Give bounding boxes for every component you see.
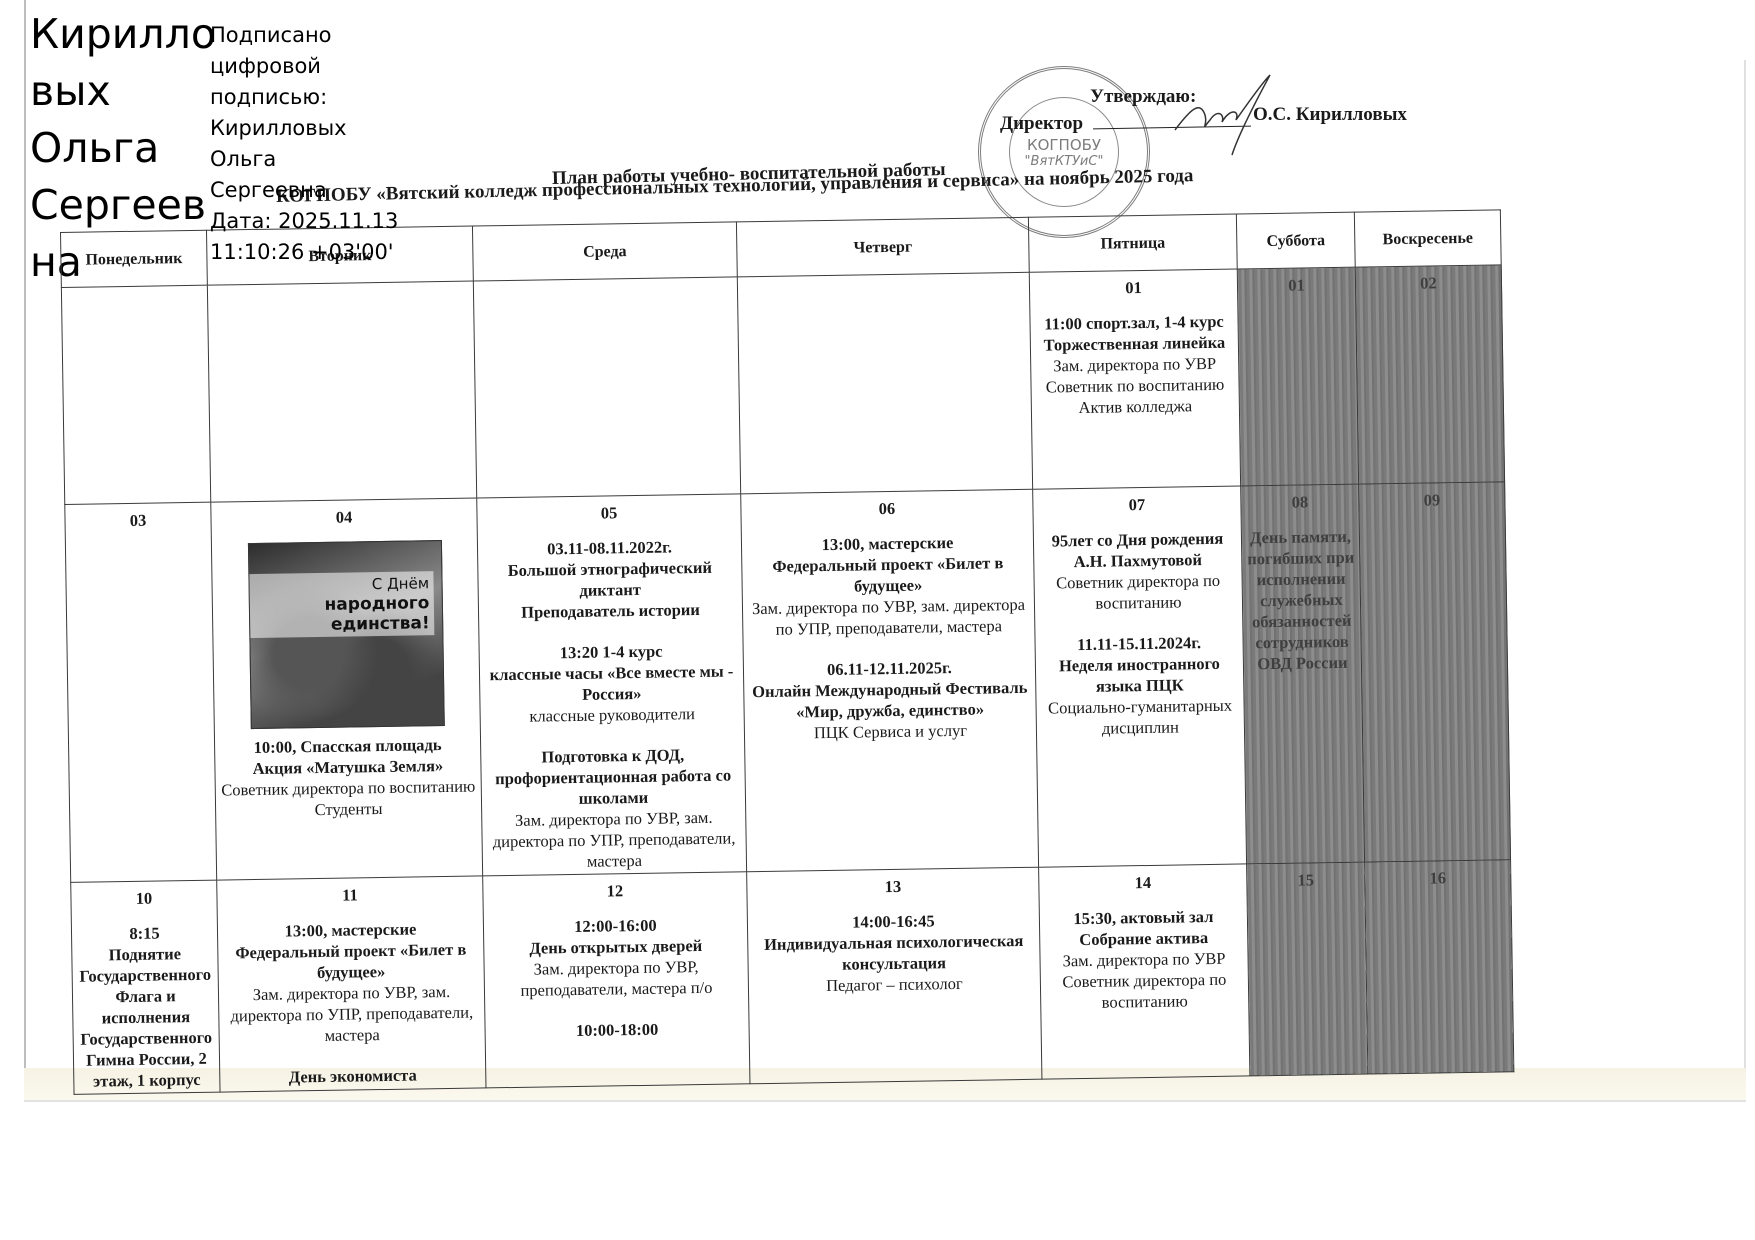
- holiday-greeting-image: С Днёмнародного единства!: [247, 540, 444, 729]
- director-name: О.С. Кирилловых: [1253, 104, 1407, 126]
- calendar-day-cell: [61, 285, 210, 504]
- signature-name-line: Кирилло: [30, 6, 210, 63]
- event-responsible: Советник директора по воспитанию Студент…: [220, 776, 478, 822]
- signature-detail-line: Подписано: [210, 20, 410, 51]
- calendar-table: ПонедельникВторникСредаЧетвергПятницаСуб…: [60, 209, 1514, 1095]
- weekday-header: Понедельник: [61, 230, 208, 287]
- holiday-caption-line: С Днём: [253, 573, 429, 596]
- event-title: классные часы «Все вместе мы - Россия»: [484, 660, 740, 706]
- calendar-day-cell: 0503.11-08.11.2022г.Большой этнографичес…: [477, 494, 747, 876]
- event-title: Федеральный проект «Билет в будущее»: [746, 552, 1030, 598]
- day-number: 01: [1242, 274, 1351, 297]
- calendar-event: 03.11-08.11.2022г.Большой этнографически…: [482, 535, 738, 623]
- holiday-caption-line: народного единства!: [253, 593, 430, 636]
- event-responsible: Зам. директора по УВР Советник директора…: [1044, 948, 1244, 1014]
- weekday-header: Среда: [472, 222, 737, 281]
- signature-details: Подписано цифровой подписью: Кирилловых …: [210, 20, 410, 268]
- calendar-event: 10:00, Спасская площадьАкция «Матушка Зе…: [219, 734, 477, 822]
- signature-detail-line: подписью:: [210, 82, 410, 113]
- day-number: 02: [1360, 271, 1497, 294]
- calendar-weeks: 0111:00 спорт.зал, 1-4 курсТоржественная…: [61, 265, 1513, 1095]
- event-responsible: ПЦК Сервиса и услуг: [749, 719, 1032, 744]
- day-number: 01: [1034, 276, 1233, 300]
- event-title: Неделя иностранного языка ПЦК: [1040, 653, 1240, 698]
- calendar-day-cell: 02: [1355, 265, 1504, 484]
- signature-detail-line: цифровой: [210, 51, 410, 82]
- day-number: 07: [1037, 493, 1236, 517]
- calendar-week-row: 0304С Днёмнародного единства!10:00, Спас…: [65, 482, 1511, 883]
- calendar-day-cell: 1212:00-16:00День открытых дверейЗам. ди…: [483, 872, 750, 1088]
- calendar-day-cell: [473, 277, 740, 498]
- event-title: Онлайн Международный Фестиваль «Мир, дру…: [748, 677, 1032, 723]
- event-time: 10:00-18:00: [489, 1017, 744, 1042]
- event-time: 8:15: [76, 922, 213, 945]
- calendar-day-cell: 0613:00, мастерскиеФедеральный проект «Б…: [741, 489, 1039, 872]
- calendar-event: 95лет со Дня рождения А.Н. ПахмутовойСов…: [1038, 528, 1238, 615]
- signature-detail-line: Кирилловых: [210, 113, 410, 144]
- weekday-header: Пятница: [1028, 214, 1237, 272]
- holiday-image-caption: С Днёмнародного единства!: [249, 571, 434, 638]
- director-position: Директор: [1000, 113, 1083, 135]
- event-title: 95лет со Дня рождения А.Н. Пахмутовой: [1038, 528, 1238, 573]
- calendar-day-cell: 1113:00, мастерскиеФедеральный проект «Б…: [217, 876, 486, 1092]
- calendar-day-cell: [207, 281, 476, 502]
- day-number: 14: [1043, 871, 1242, 895]
- monthly-plan-calendar: ПонедельникВторникСредаЧетвергПятницаСуб…: [60, 209, 1513, 1062]
- day-number: 05: [481, 500, 736, 525]
- event-title: День памяти, погибших при исполнении слу…: [1246, 526, 1357, 675]
- calendar-event: 15:30, актовый залСобрание активаЗам. ди…: [1044, 906, 1245, 1014]
- calendar-event: 13:00, мастерскиеФедеральный проект «Бил…: [222, 918, 481, 1048]
- day-number: 12: [487, 878, 742, 903]
- calendar-day-cell: 108:15Поднятие Государственного Флага и …: [71, 880, 220, 1094]
- day-number: 04: [215, 505, 472, 530]
- calendar-event: 11:00 спорт.зал, 1-4 курсТоржественная л…: [1034, 311, 1235, 419]
- day-number: 08: [1245, 491, 1354, 514]
- calendar-event: Подготовка к ДОД, профориентационная раб…: [485, 723, 742, 873]
- calendar-event: День экономиста: [224, 1043, 482, 1088]
- stamp-org-abbr: "ВятКТУиС": [1025, 154, 1104, 169]
- event-responsible: Зам. директора по УВР, зам. директора по…: [486, 806, 742, 873]
- event-responsible: Зам. директора по УВР Советник по воспит…: [1035, 353, 1235, 419]
- event-responsible: Педагог – психолог: [753, 972, 1036, 997]
- calendar-event: 8:15Поднятие Государственного Флага и ис…: [76, 922, 216, 1092]
- signature-date: Дата: 2025.11.13: [210, 206, 410, 237]
- signature-detail-line: Сергеевна: [210, 175, 410, 206]
- calendar-event: 13:20 1-4 курсклассные часы «Все вместе …: [483, 619, 740, 727]
- calendar-day-cell: 03: [65, 502, 217, 882]
- day-number: 09: [1363, 488, 1500, 511]
- weekday-header: Четверг: [736, 217, 1029, 277]
- day-number: 13: [751, 874, 1034, 899]
- signature-detail-line: Ольга: [210, 144, 410, 175]
- scan-right-edge: [1744, 60, 1746, 1090]
- calendar-day-cell: 0111:00 спорт.зал, 1-4 курсТоржественная…: [1029, 269, 1240, 489]
- event-title: Большой этнографический диктант: [482, 556, 738, 602]
- calendar-day-cell: 0795лет со Дня рождения А.Н. ПахмутовойС…: [1033, 486, 1247, 867]
- weekday-header: Суббота: [1236, 212, 1355, 269]
- day-number: 15: [1251, 869, 1360, 892]
- calendar-event: 12:00-16:00День открытых дверейЗам. дире…: [488, 913, 744, 1001]
- calendar-day-cell: 16: [1365, 860, 1514, 1074]
- event-responsible: Советник директора по воспитанию: [1038, 570, 1238, 615]
- weekday-header: Воскресенье: [1354, 210, 1501, 267]
- calendar-day-cell: 09: [1359, 482, 1511, 862]
- stamp-org-short: КОГПОБУ: [1027, 136, 1101, 154]
- day-number: 16: [1369, 866, 1506, 889]
- calendar-event: 06.11-12.11.2025г.Онлайн Международный Ф…: [747, 636, 1032, 744]
- event-title: Федеральный проект «Билет в будущее»: [222, 939, 480, 985]
- calendar-day-cell: 15: [1247, 862, 1368, 1076]
- event-title: Поднятие Государственного Флага и исполн…: [76, 943, 215, 1092]
- signature-name-line: Ольга: [30, 120, 210, 177]
- calendar-day-cell: 08День памяти, погибших при исполнении с…: [1241, 484, 1365, 864]
- event-responsible: Зам. директора по УВР, зам. директора по…: [223, 980, 481, 1047]
- signature-name-line: Сергеев: [30, 177, 210, 234]
- calendar-day-cell: [737, 272, 1032, 494]
- day-number: 10: [75, 887, 212, 910]
- event-subtitle: Преподаватель истории: [483, 598, 738, 623]
- calendar-day-cell: 1415:30, актовый залСобрание активаЗам. …: [1039, 864, 1250, 1079]
- calendar-day-cell: 01: [1237, 267, 1358, 486]
- calendar-event: День памяти, погибших при исполнении слу…: [1246, 526, 1357, 675]
- calendar-week-row: 108:15Поднятие Государственного Флага и …: [71, 860, 1514, 1095]
- calendar-day-cell: 04С Днёмнародного единства!10:00, Спасск…: [211, 498, 483, 880]
- day-number: 11: [221, 883, 478, 908]
- calendar-event: 13:00, мастерскиеФедеральный проект «Бил…: [746, 531, 1031, 640]
- calendar-week-row: 0111:00 спорт.зал, 1-4 курсТоржественная…: [61, 265, 1504, 505]
- signature-time: 11:10:26 +03'00': [210, 237, 410, 268]
- calendar-event: 11.11-15.11.2024г.Неделя иностранного яз…: [1039, 612, 1240, 740]
- scan-left-edge: [24, 0, 26, 1100]
- event-responsible: Социально-гуманитарных дисциплин: [1040, 695, 1240, 740]
- event-title: Подготовка к ДОД, профориентационная раб…: [485, 743, 741, 810]
- signature-name-line: вых: [30, 63, 210, 120]
- calendar-day-cell: 1314:00-16:45Индивидуальная психологичес…: [747, 867, 1042, 1084]
- event-title: День экономиста: [224, 1063, 481, 1088]
- day-number: 06: [745, 496, 1028, 521]
- event-title: Индивидуальная психологическая консульта…: [752, 930, 1036, 976]
- event-time: 15:30, актовый зал: [1044, 906, 1243, 930]
- event-responsible: Зам. директора по УВР, зам. директора по…: [747, 594, 1031, 640]
- day-number: 03: [69, 509, 206, 532]
- event-responsible: Зам. директора по УВР, преподаватели, ма…: [488, 955, 744, 1001]
- calendar-event: 14:00-16:45Индивидуальная психологическа…: [752, 909, 1036, 997]
- calendar-event: 10:00-18:00: [489, 997, 745, 1042]
